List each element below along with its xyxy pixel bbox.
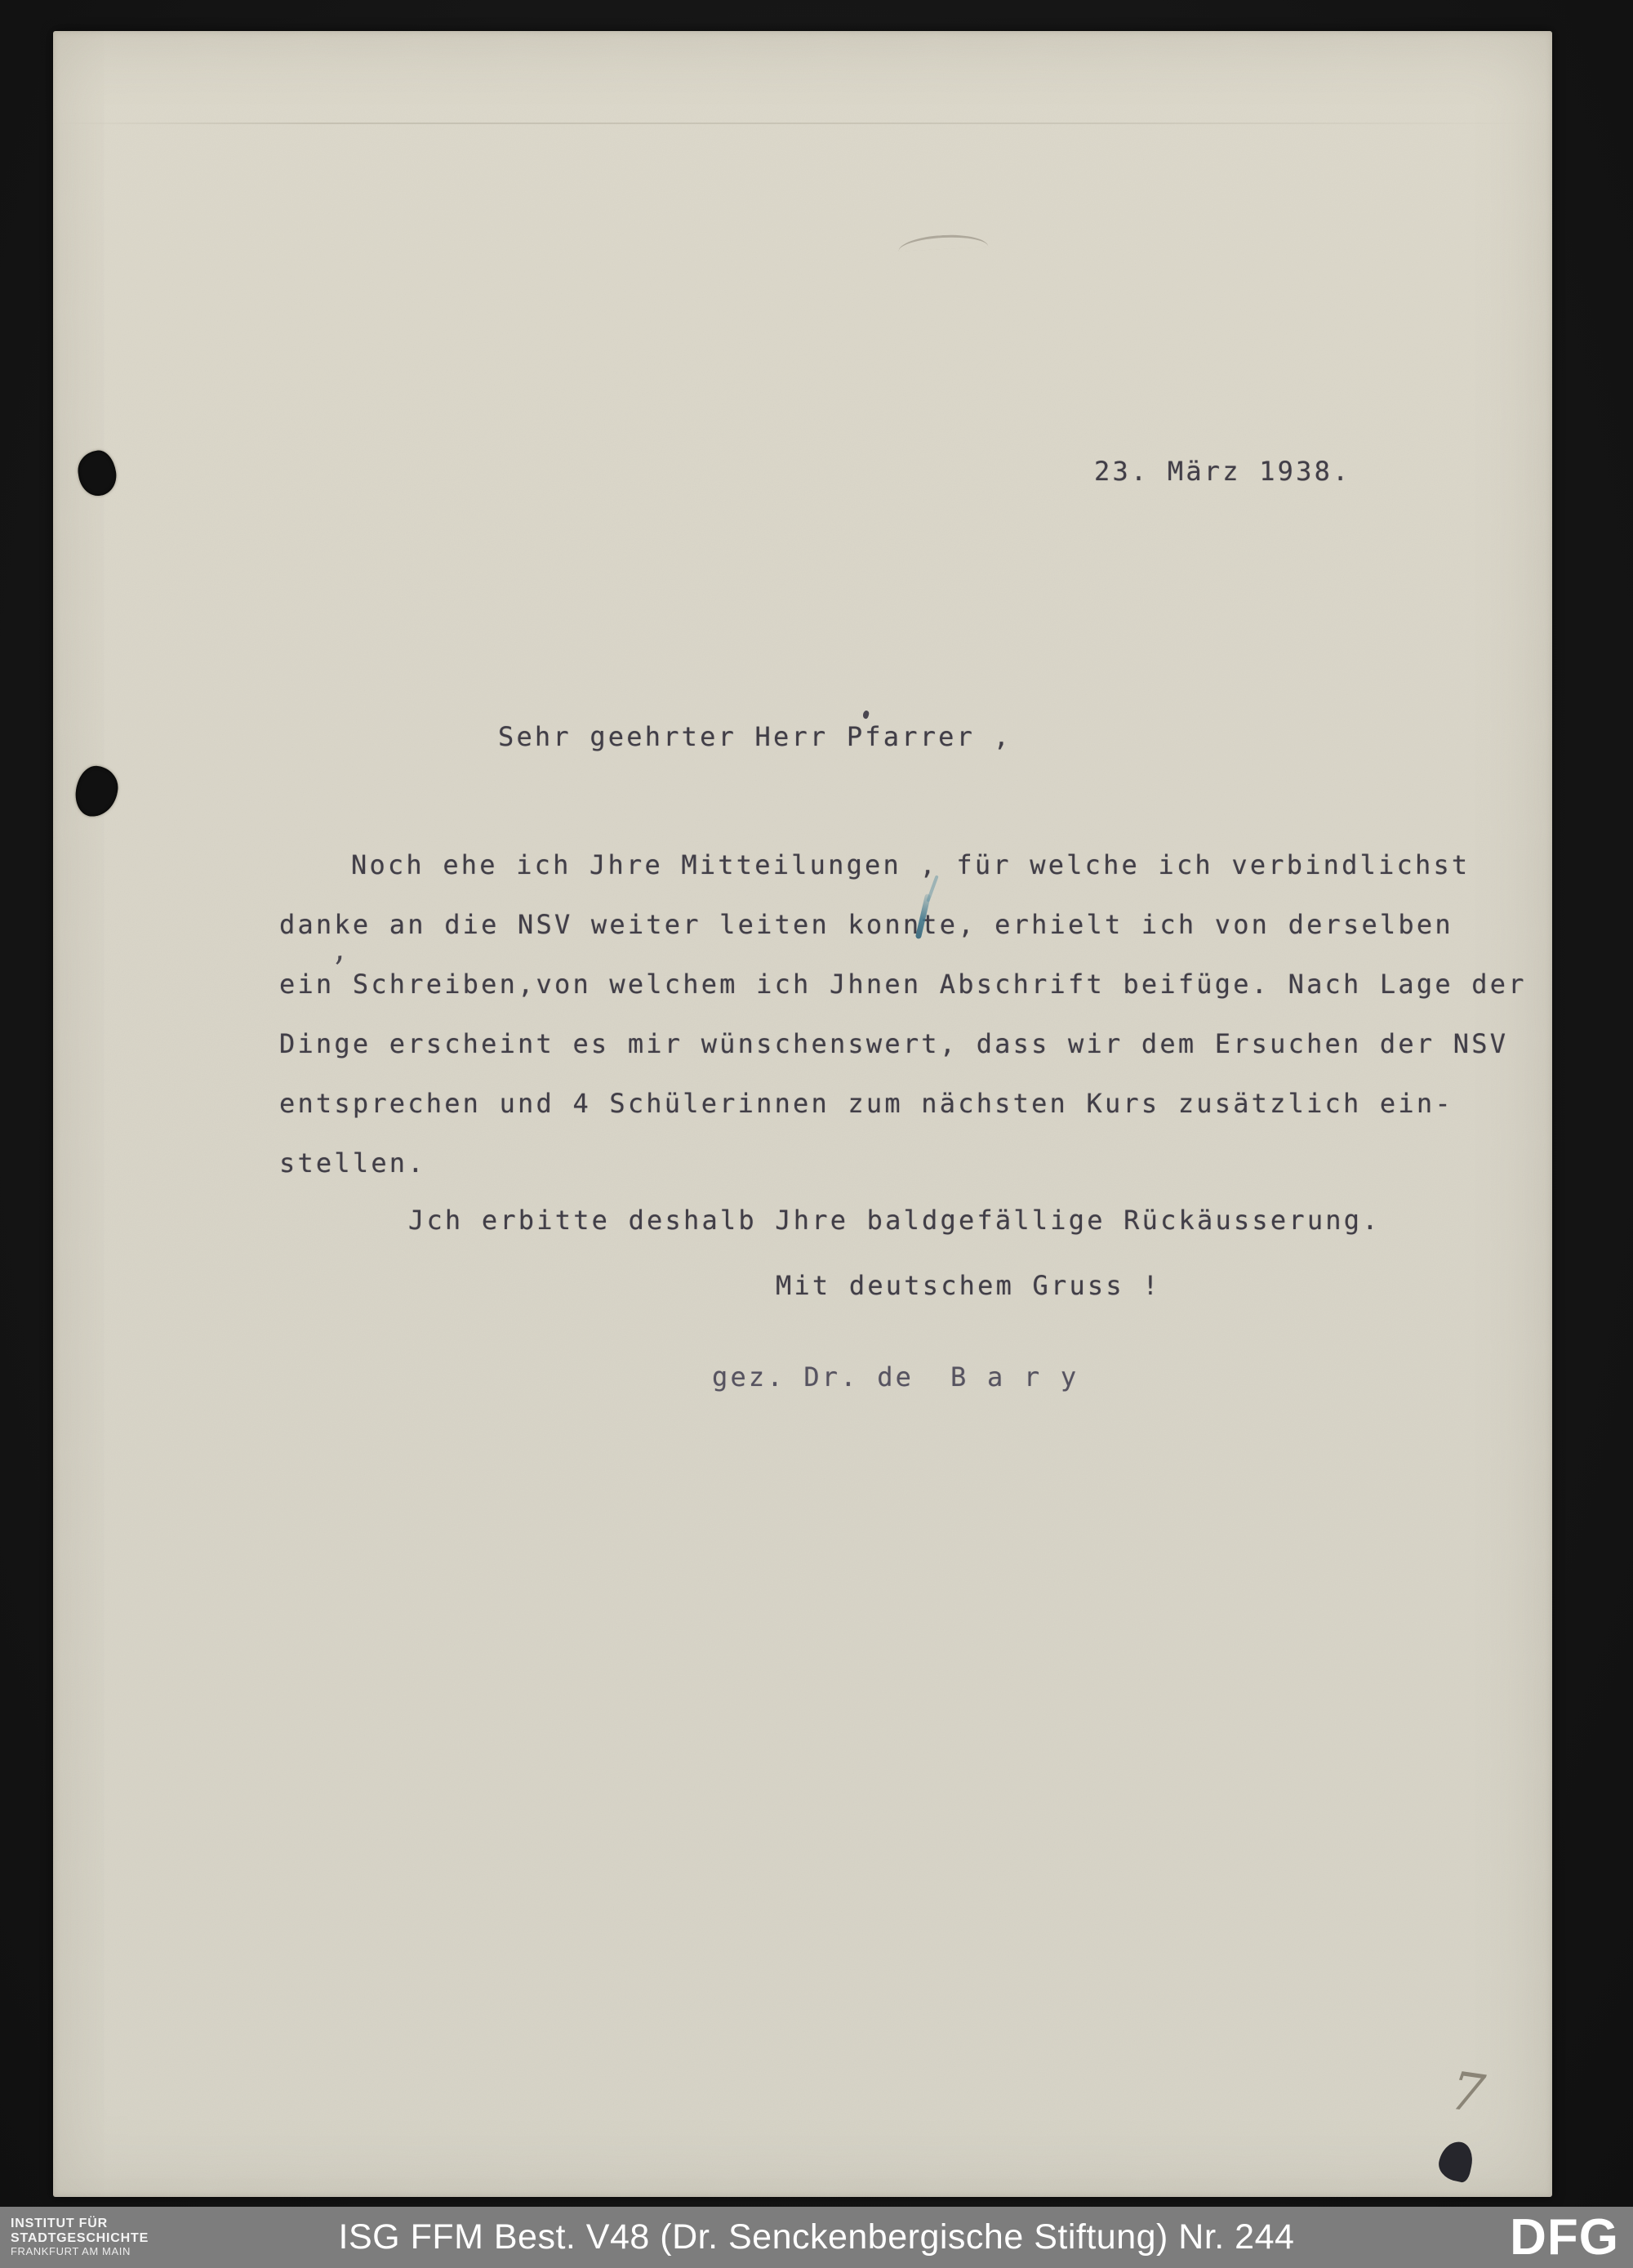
handwritten-page-number: 7 [1447,2061,1488,2126]
institute-logo-line1: INSTITUT FÜR [11,2217,149,2231]
paper-fold-crease [53,123,1552,124]
institute-logo-line2: STADTGESCHICHTE [11,2231,149,2246]
scan-background: 23. März 1938. Sehr geehrter Herr Pfarre… [0,0,1633,2268]
body-line: danke an die NSV weiter leiten konnte, e… [279,909,1453,940]
letter-date: 23. März 1938. [1094,456,1351,487]
closing-request-line: Jch erbitte deshalb Jhre baldgefällige R… [408,1205,1381,1236]
institute-logo-line3: FRANKFURT AM MAIN [11,2246,149,2258]
punch-hole-top [75,448,118,498]
institute-logo: INSTITUT FÜR STADTGESCHICHTE FRANKFURT A… [11,2217,149,2257]
letter-salutation: Sehr geehrter Herr Pfarrer , [498,721,1012,752]
archive-footer-bar: ISG FFM Best. V48 (Dr. Senckenbergische … [0,2207,1633,2268]
letter-page: 23. März 1938. Sehr geehrter Herr Pfarre… [53,31,1552,2197]
body-line: ein Schreiben,von welchem ich Jhnen Absc… [279,969,1527,1000]
dfg-logo: DFG [1510,2208,1619,2266]
stray-ink-dot [862,710,870,720]
body-line: stellen. [279,1147,426,1179]
punch-hole-bottom [73,764,119,818]
bottom-edge-ink-blot [1435,2138,1475,2183]
body-line: Noch ehe ich Jhre Mitteilungen , für wel… [351,849,1470,880]
closing-salute-line: Mit deutschem Gruss ! [776,1270,1161,1301]
archive-reference: ISG FFM Best. V48 (Dr. Senckenbergische … [0,2207,1633,2268]
signature-line: gez. Dr. de B a r y [712,1361,1079,1392]
body-line: Dinge erscheint es mir wünschenswert, da… [279,1028,1508,1059]
body-line: entsprechen und 4 Schülerinnen zum nächs… [279,1088,1453,1119]
faint-pencil-mark [898,233,989,252]
